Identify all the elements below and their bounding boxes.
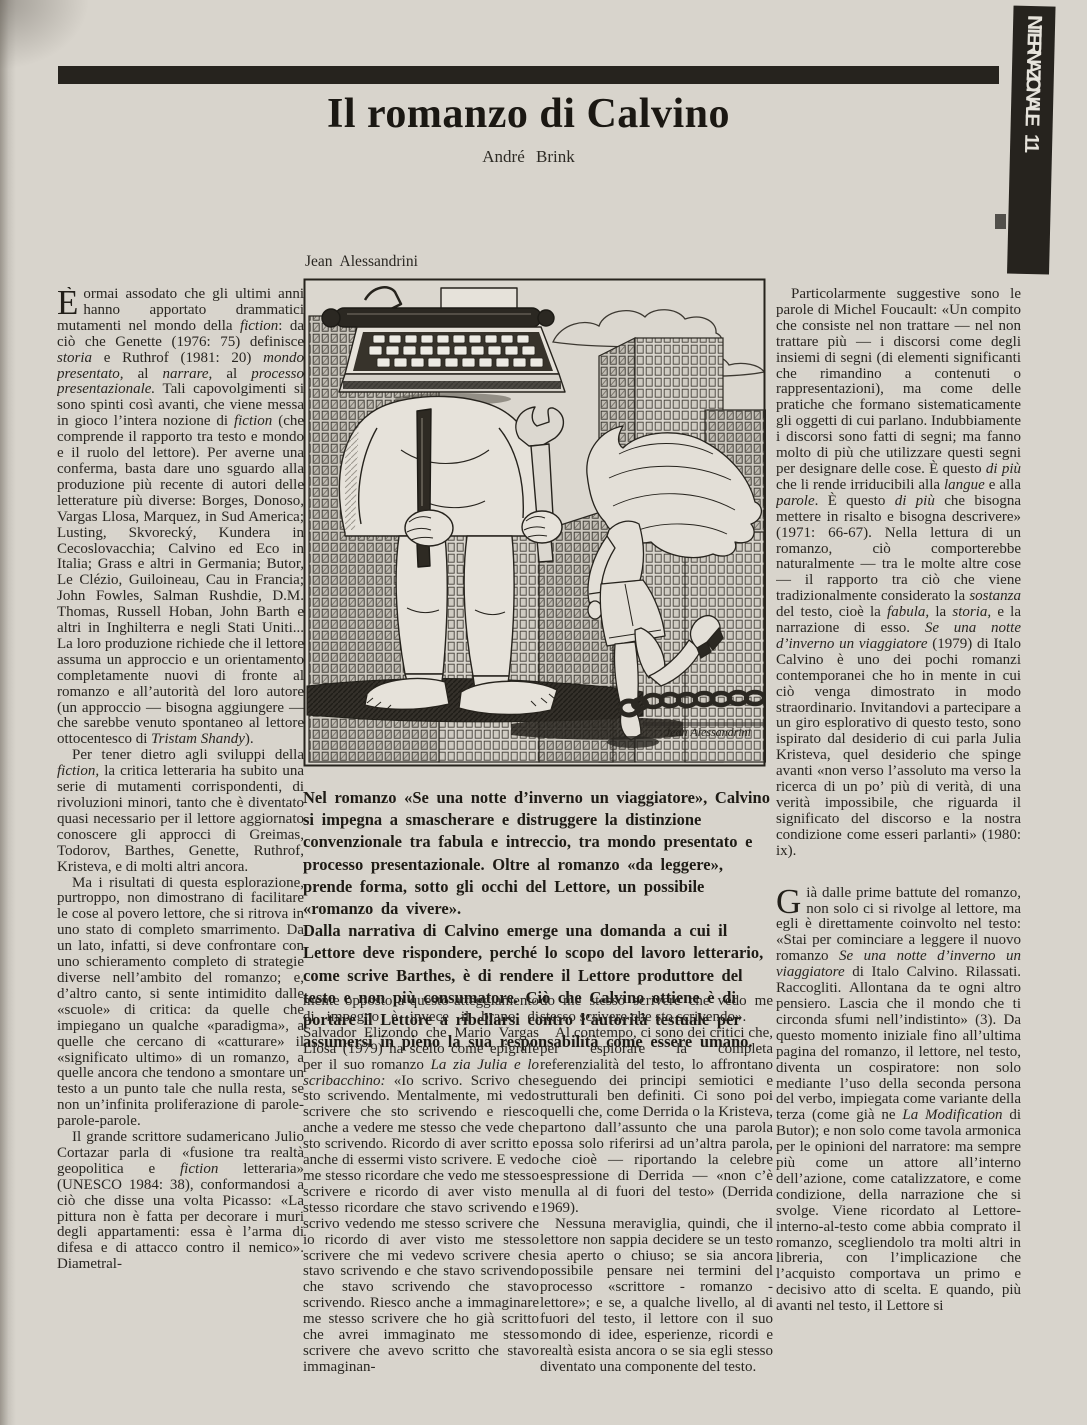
page-title: Il romanzo di Calvino	[58, 90, 999, 138]
paragraph: do me stesso scrivere che vedo me stesso…	[540, 994, 773, 1026]
page-number: 11	[1010, 133, 1052, 151]
typewriter-keys	[369, 335, 543, 367]
paragraph: Particolarmente suggestive sono le parol…	[776, 287, 1021, 860]
article-column-left: È ormai assodato che gli ultimi anni han…	[57, 287, 304, 1414]
article-column-middle: mente opposto a questo atteggiamento di …	[303, 994, 539, 1422]
paragraph: Ma i risultati di questa esplorazione, p…	[57, 876, 304, 1131]
page-edge-shadow	[0, 0, 16, 1425]
article-column-right: Particolarmente suggestive sono le parol…	[776, 287, 1021, 1414]
paragraph: Già dalle prime battute del romanzo, non…	[776, 886, 1021, 1315]
paragraph: Al contempo, ci sono dei critici che, pe…	[540, 1026, 773, 1217]
author-byline: André Brink	[58, 147, 999, 167]
paragraph: mente opposto a questo atteggiamento di …	[303, 994, 539, 1376]
ground-shadow	[511, 717, 683, 739]
paragraph: Nessuna meraviglia, quindi, che il letto…	[540, 1217, 773, 1376]
illustration-typewriter-man: Jean Alessandrini	[303, 278, 766, 767]
paragraph: Per tener dietro agli sviluppi della fic…	[57, 748, 304, 875]
section-label: INTERNAZIONALE	[1011, 15, 1056, 123]
magazine-page: { "page": { "title": "Il romanzo di Calv…	[0, 0, 1087, 1425]
page-corner-shade	[0, 0, 90, 70]
paragraph: Nel romanzo «Se una notte d’inverno un v…	[303, 787, 770, 920]
drop-cap: G	[776, 886, 806, 915]
paragraph: Il grande scrittore sudamericano Julio C…	[57, 1130, 304, 1273]
paragraph: È ormai assodato che gli ultimi anni han…	[57, 287, 304, 748]
top-rule	[58, 66, 999, 84]
scan-artifact	[995, 214, 1006, 229]
section-banner: INTERNAZIONALE 11	[1007, 6, 1056, 275]
artist-signature: Jean Alessandrini	[665, 725, 751, 739]
drop-cap: È	[57, 287, 83, 316]
illustration-credit: Jean Alessandrini	[305, 253, 418, 271]
article-column-middle-right: do me stesso scrivere che vedo me stesso…	[540, 994, 773, 1422]
